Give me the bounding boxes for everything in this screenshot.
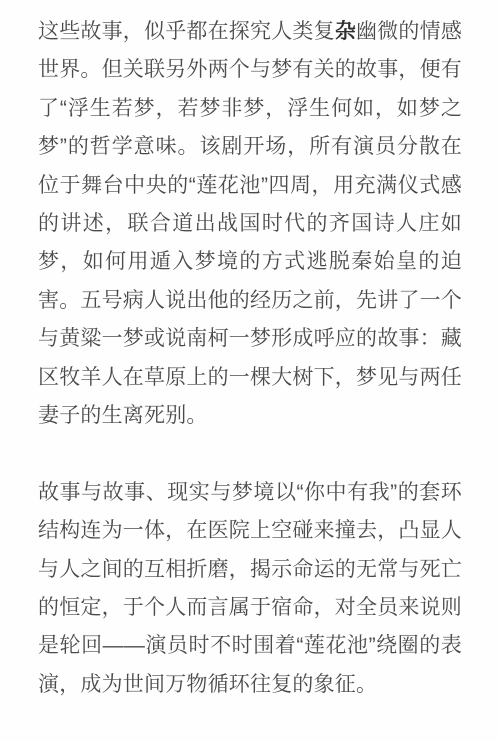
emphasized-character: 杂 — [335, 20, 356, 43]
article-body: 这些故事，似乎都在探究人类复杂幽微的情感世界。但关联另外两个与梦有关的故事，便有… — [0, 0, 500, 741]
paragraph-2: 故事与故事、现实与梦境以“你中有我”的套环结构连为一体，在医院上空碰来撞去，凸显… — [38, 474, 462, 704]
text-segment: 这些故事，似乎都在探究人类复 — [38, 20, 335, 43]
text-segment: 幽微的情感世界。但关联另外两个与梦有关的故事，便有了“浮生若梦，若梦非梦，浮生何… — [38, 20, 462, 427]
text-segment: 故事与故事、现实与梦境以“你中有我”的套环结构连为一体，在医院上空碰来撞去，凸显… — [38, 481, 462, 696]
paragraph-1: 这些故事，似乎都在探究人类复杂幽微的情感世界。但关联另外两个与梦有关的故事，便有… — [38, 13, 462, 435]
